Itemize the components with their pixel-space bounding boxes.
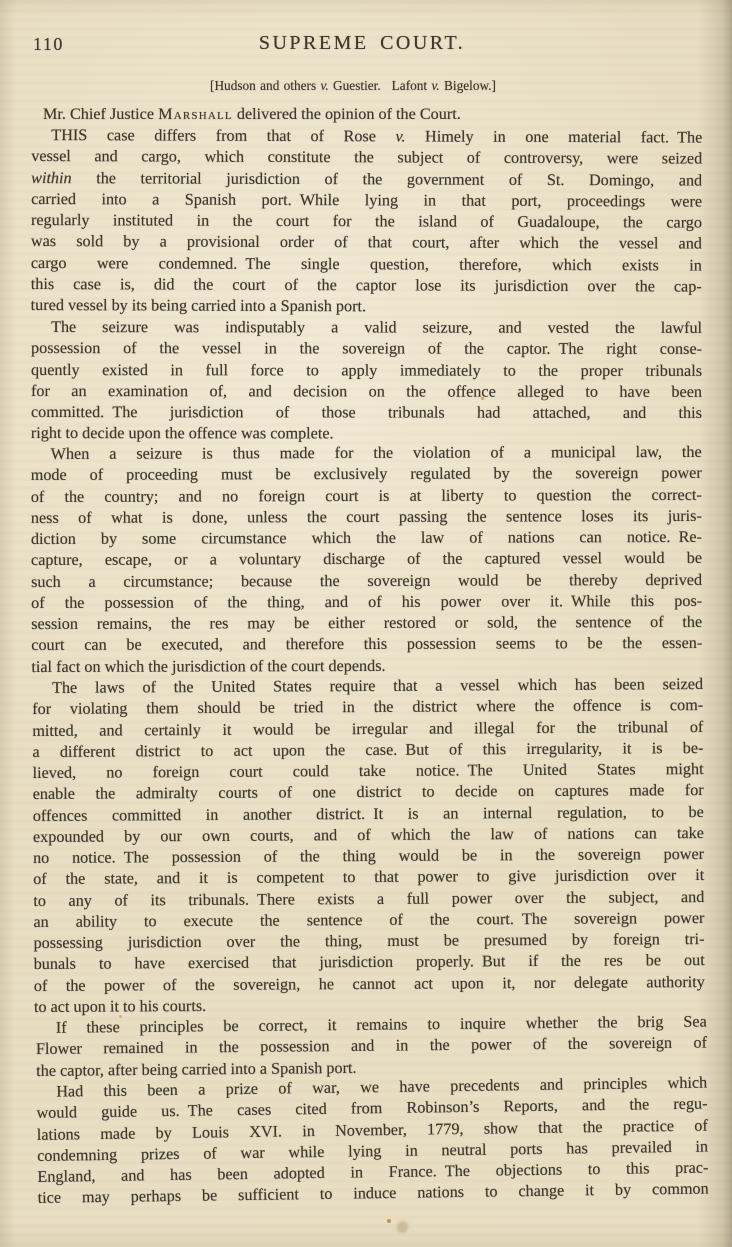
paragraph: Mr. Chief Justice Marshall delivered the… — [31, 104, 702, 125]
text-line: bunals to have exercised that jurisdicti… — [34, 950, 705, 975]
text-segment: possessing jurisdiction over the thing, … — [34, 930, 705, 952]
text-line: of the possession of the thing, and of h… — [31, 591, 702, 614]
text-line: of the power of the sovereign, he cannot… — [34, 971, 705, 996]
case-caption: [Hudson and others v. Guestier. Lafont v… — [0, 78, 719, 94]
paragraph: Had this been a prize of war, we have pr… — [36, 1072, 709, 1209]
text-segment: within — [31, 169, 72, 187]
text-segment: of the country; and no foreign court is … — [31, 485, 702, 505]
text-line: diction by some circumstance which the l… — [31, 527, 702, 550]
scan-speck — [119, 1015, 122, 1018]
text-segment: lieved, no foreign court could take noti… — [33, 760, 704, 782]
text-line: ness of what is done, unless the court p… — [31, 506, 702, 529]
text-line: When a seizure is thus made for the viol… — [31, 442, 702, 465]
text-line: THIS case differs from that of Rose v. H… — [31, 125, 702, 149]
text-line: mode of proceeding must be exclusively r… — [31, 463, 702, 486]
text-line: tured vessel by its being carried into a… — [31, 295, 702, 319]
text-segment: cargo were condemned. The single questio… — [31, 254, 702, 275]
text-line: this case is, did the court of the capto… — [31, 274, 702, 298]
text-line: committed. The jurisdiction of those tri… — [31, 401, 702, 423]
scan-speck — [481, 397, 484, 400]
running-head: SUPREME COURT. — [0, 32, 728, 55]
scan-speck — [387, 1219, 391, 1223]
text-line: regularly instituted in the court for th… — [31, 210, 702, 234]
text-segment: Marshall — [158, 105, 233, 123]
text-line: Mr. Chief Justice Marshall delivered the… — [31, 104, 702, 125]
text-segment: [Hudson and others — [210, 78, 320, 93]
scanned-book-page: 110 SUPREME COURT. [Hudson and others v.… — [0, 0, 732, 1247]
text-segment: an ability to execute the sentence of th… — [33, 909, 704, 931]
text-segment: for an examination of, and decision on t… — [31, 381, 702, 400]
text-segment: court can be executed, and therefore thi… — [31, 634, 702, 654]
text-line: cargo were condemned. The single questio… — [31, 253, 702, 277]
text-segment: expounded by our own courts, and of whic… — [33, 824, 704, 846]
text-segment: Himely in one material fact. The — [405, 128, 702, 147]
text-segment: v. — [431, 78, 439, 93]
text-segment: vessel and cargo, which constitute the s… — [31, 148, 702, 169]
text-line: enable the admiralty courts of one distr… — [33, 780, 704, 805]
text-segment: offences committed in another district. … — [33, 802, 704, 824]
text-segment: Mr. Chief Justice — [43, 105, 158, 123]
text-line: possession of the vessel in the sovereig… — [31, 338, 702, 360]
text-segment: diction by some circumstance which the l… — [31, 528, 702, 548]
text-segment: The laws of the United States require th… — [52, 675, 703, 697]
text-segment: to act upon it to his courts. — [34, 996, 206, 1015]
text-segment: mode of proceeding must be exclusively r… — [31, 464, 702, 484]
text-segment: this case is, did the court of the capto… — [31, 275, 702, 296]
text-segment: Bigelow.] — [440, 78, 496, 93]
text-segment: tial fact on which the jurisdiction of t… — [31, 656, 385, 675]
text-line: The seizure was indisputably a valid sei… — [31, 317, 702, 339]
ink-bleed-smudge — [395, 1220, 409, 1235]
text-segment: no notice. The possession of the thing w… — [33, 845, 704, 867]
text-segment: a different district to act upon the cas… — [32, 739, 703, 761]
text-segment: committed. The jurisdiction of those tri… — [31, 402, 702, 421]
text-segment: carried into a Spanish port. While lying… — [31, 190, 702, 211]
text-segment: the captor, after being carried into a S… — [36, 1058, 356, 1079]
text-line: vessel and cargo, which constitute the s… — [31, 147, 702, 171]
text-line: carried into a Spanish port. While lying… — [31, 189, 702, 213]
text-line: such a circumstance; because the soverei… — [31, 569, 702, 592]
text-line: session remains, the res may be either r… — [31, 612, 702, 635]
text-segment: v. — [395, 128, 405, 146]
text-segment: of the possession of the thing, and of h… — [31, 592, 702, 612]
text-line: within the territorial jurisdiction of t… — [31, 168, 702, 192]
text-line: court can be executed, and therefore thi… — [31, 633, 702, 656]
text-segment: tured vessel by its being carried into a… — [31, 296, 366, 315]
text-segment: session remains, the res may be either r… — [31, 613, 702, 633]
text-line: of the state, and it is competent to tha… — [33, 865, 704, 890]
text-segment: possession of the vessel in the sovereig… — [31, 339, 702, 358]
text-segment: Guestier. Lafont — [329, 78, 432, 93]
paragraph: The seizure was indisputably a valid sei… — [31, 317, 702, 445]
body-text: Mr. Chief Justice Marshall delivered the… — [31, 104, 702, 1209]
text-segment: THIS case differs from that of Rose — [51, 126, 395, 145]
text-segment: delivered the opinion of the Court. — [233, 105, 461, 123]
text-segment: to any of its tribunals. There exists a … — [33, 887, 704, 909]
text-segment: of the power of the sovereign, he cannot… — [34, 972, 705, 994]
text-segment: quently existed in full force to apply i… — [31, 360, 702, 379]
text-segment: such a circumstance; because the soverei… — [31, 570, 702, 590]
text-segment: enable the admiralty courts of one distr… — [33, 781, 704, 803]
text-line: for an examination of, and decision on t… — [31, 380, 702, 402]
text-segment: regularly instituted in the court for th… — [31, 211, 702, 232]
text-segment: the territorial jurisdiction of the gove… — [72, 169, 703, 189]
text-line: was sold by a provisional order of that … — [31, 231, 702, 255]
text-segment: was sold by a provisional order of that … — [31, 232, 702, 253]
text-segment: bunals to have exercised that jurisdicti… — [34, 951, 705, 973]
text-line: of the country; and no foreign court is … — [31, 484, 702, 507]
text-line: for violating them should be tried in th… — [32, 695, 703, 720]
text-line: quently existed in full force to apply i… — [31, 359, 702, 381]
text-line: capture, escape, or a voluntary discharg… — [31, 548, 702, 571]
text-segment: for violating them should be tried in th… — [32, 696, 703, 718]
text-segment: capture, escape, or a voluntary discharg… — [31, 549, 702, 569]
text-segment: mitted, and certainly it would be irregu… — [32, 717, 703, 739]
paragraph: The laws of the United States require th… — [32, 674, 705, 1018]
text-segment: of the state, and it is competent to tha… — [33, 866, 704, 888]
paragraph: If these principles be correct, it remai… — [36, 1011, 708, 1081]
text-segment: v. — [320, 78, 328, 93]
text-segment: right to decide upon the offence was com… — [31, 424, 334, 442]
paragraph: When a seizure is thus made for the viol… — [31, 442, 703, 678]
text-segment: The seizure was indisputably a valid sei… — [51, 318, 702, 337]
paragraph: THIS case differs from that of Rose v. H… — [31, 125, 703, 319]
text-segment: ness of what is done, unless the court p… — [31, 507, 702, 527]
text-segment: When a seizure is thus made for the viol… — [51, 443, 702, 463]
